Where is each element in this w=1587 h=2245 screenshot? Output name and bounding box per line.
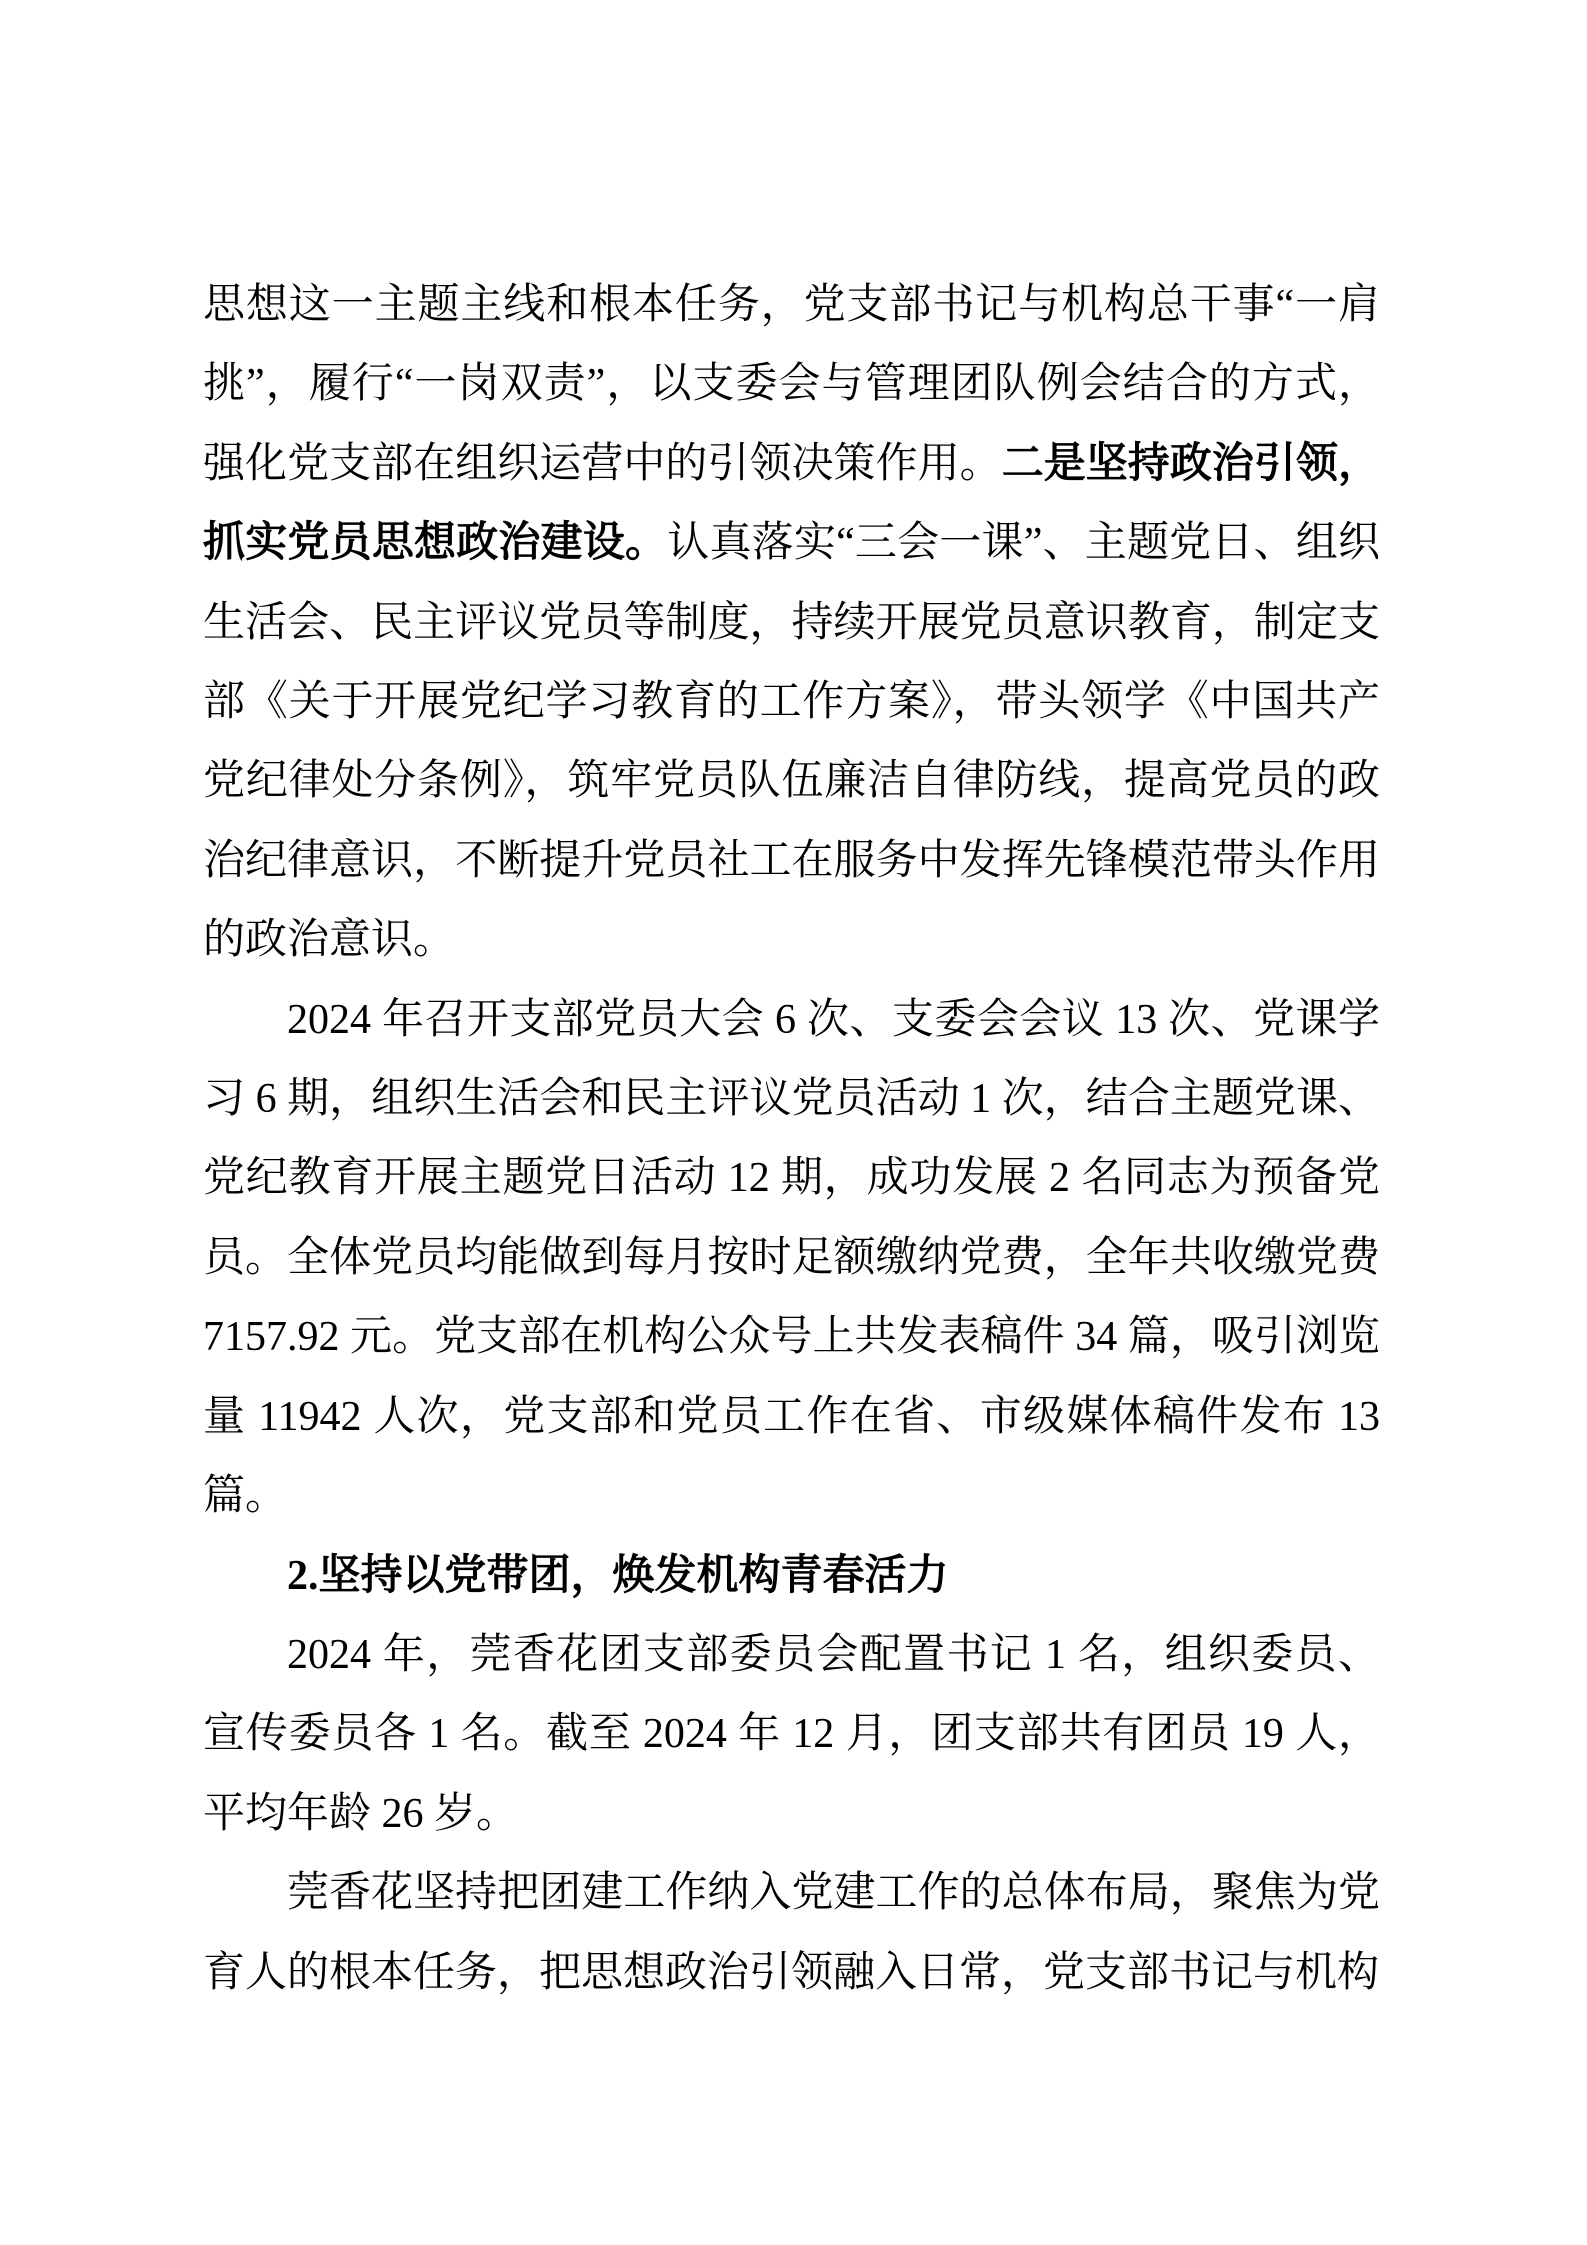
section-heading-text: 2.坚持以党带团，焕发机构青春活力: [287, 1553, 949, 1599]
paragraph-text: 认真落实“三会一课”、主题党日、组织生活会、民主评议党员等制度，持续开展党员意识…: [203, 520, 1380, 963]
section-heading: 2.坚持以党带团，焕发机构青春活力: [203, 1537, 1380, 1616]
paragraph: 思想这一主题主线和根本任务，党支部书记与机构总干事“一肩挑”，履行“一岗双责”，…: [203, 266, 1380, 981]
document-page: 思想这一主题主线和根本任务，党支部书记与机构总干事“一肩挑”，履行“一岗双责”，…: [0, 0, 1587, 2245]
paragraph-text: 2024 年，莞香花团支部委员会配置书记 1 名，组织委员、宣传委员各 1 名。…: [203, 1632, 1380, 1837]
paragraph: 莞香花坚持把团建工作纳入党建工作的总体布局，聚焦为党育人的根本任务，把思想政治引…: [203, 1854, 1380, 2013]
paragraph-text: 莞香花坚持把团建工作纳入党建工作的总体布局，聚焦为党育人的根本任务，把思想政治引…: [203, 1870, 1380, 1995]
paragraph: 2024 年，莞香花团支部委员会配置书记 1 名，组织委员、宣传委员各 1 名。…: [203, 1616, 1380, 1854]
paragraph: 2024 年召开支部党员大会 6 次、支委会会议 13 次、党课学习 6 期，组…: [203, 981, 1380, 1537]
document-body: 思想这一主题主线和根本任务，党支部书记与机构总干事“一肩挑”，履行“一岗双责”，…: [203, 266, 1380, 2013]
paragraph-text: 2024 年召开支部党员大会 6 次、支委会会议 13 次、党课学习 6 期，组…: [203, 997, 1380, 1519]
